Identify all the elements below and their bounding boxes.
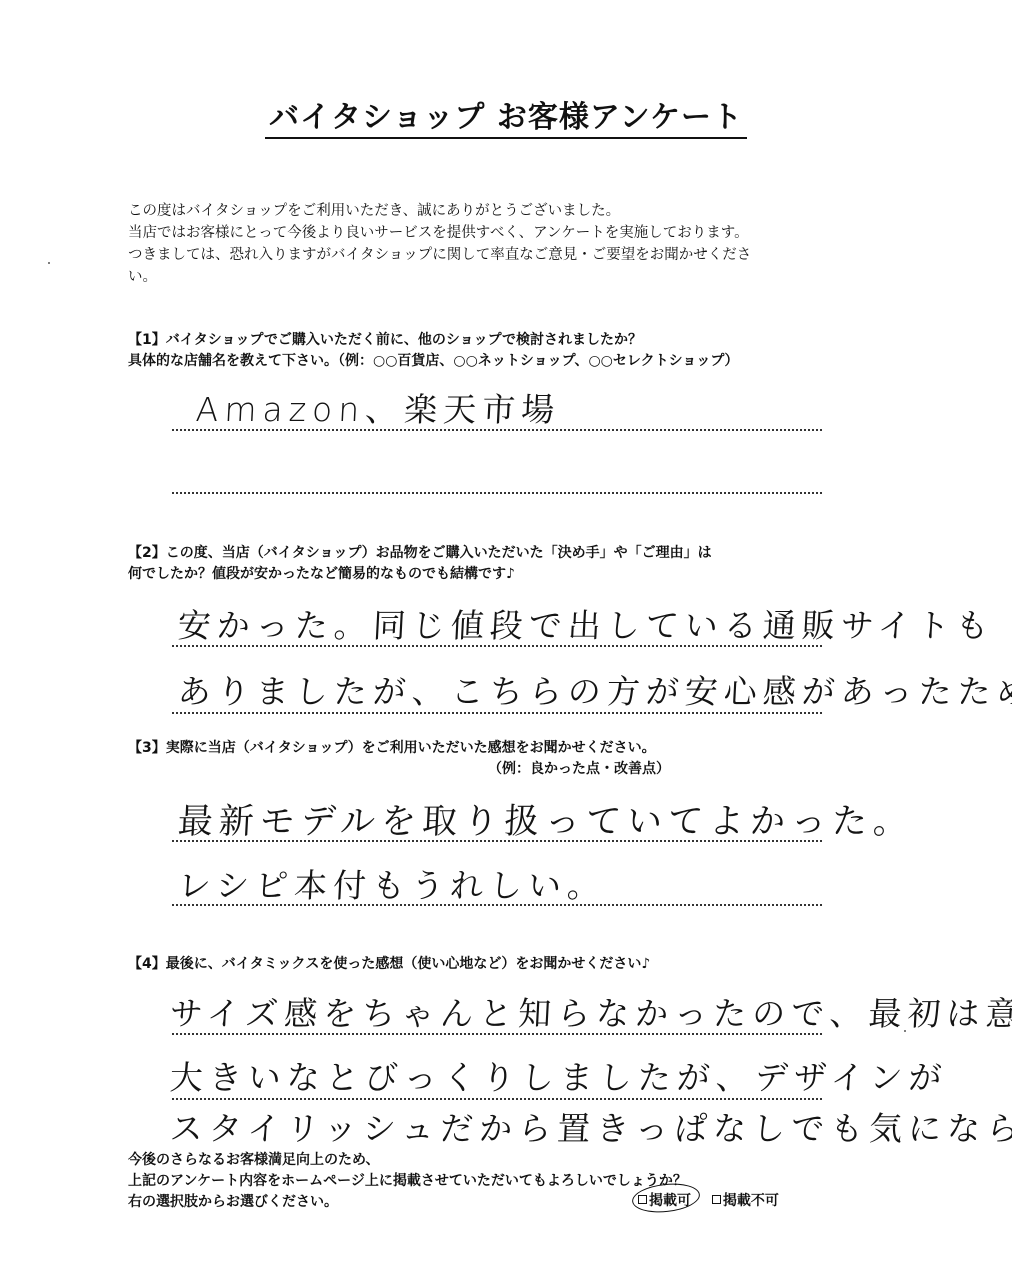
question-line: 具体的な店舗名を教えて下さい。（例：○○百貨店、○○ネットショップ、○○セレクト… [128, 351, 848, 372]
intro-text: この度はバイタショップをご利用いただき、誠にありがとうございました。 当店ではお… [128, 200, 848, 288]
scan-speck [904, 1030, 906, 1032]
question-2: 【2】この度、当店（バイタショップ）お品物をご購入いただいた「決め手」や「ご理由… [128, 543, 848, 585]
answer-line-divider [172, 712, 822, 714]
intro-line: つきましては、恐れ入りますがバイタショップに関して率直なご意見・ご要望をお聞かせ… [128, 244, 848, 266]
option-publish-not-allowed[interactable]: 掲載不可 [712, 1190, 779, 1210]
answer-2-line-2: ありましたが、こちらの方が安心感があったため。 [177, 666, 1012, 713]
question-line: 【4】最後に、バイタミックスを使った感想（使い心地など）をお聞かせください♪ [128, 954, 848, 975]
answer-line-divider [172, 429, 822, 431]
consent-options: 掲載可 掲載不可 [638, 1190, 795, 1210]
answer-line-divider [172, 1033, 822, 1035]
answer-3-line-2: レシピ本付もうれしい。 [177, 860, 608, 907]
answer-4-line-2: 大きいなとびっくりしましたが、デザインが [169, 1052, 949, 1099]
scan-speck [48, 262, 50, 264]
intro-line: 当店ではお客様にとって今後より良いサービスを提供すべく、アンケートを実施しており… [128, 222, 848, 244]
answer-1-line-1: Amazon、楽天市場 [195, 384, 562, 431]
question-line: 何でしたか？値段が安かったなど簡易的なものでも結構です♪ [128, 564, 848, 585]
footer-line: 上記のアンケート内容をホームページ上に掲載させていただいてもよろしいでしょうか？ [128, 1171, 828, 1192]
question-1: 【1】バイタショップでご購入いただく前に、他のショップで検討されましたか？ 具体… [128, 330, 848, 372]
option-publish-allowed[interactable]: 掲載可 [638, 1190, 691, 1210]
checkbox-icon[interactable] [638, 1195, 647, 1204]
question-line: 【2】この度、当店（バイタショップ）お品物をご購入いただいた「決め手」や「ご理由… [128, 543, 848, 564]
checkbox-icon[interactable] [712, 1195, 721, 1204]
answer-2-line-1: 安かった。同じ値段で出している通販サイトも [177, 600, 996, 647]
question-line: 【3】実際に当店（バイタショップ）をご利用いただいた感想をお聞かせください。 [128, 738, 848, 759]
survey-title-container: バイタショップ お客様アンケート [0, 92, 1012, 136]
survey-title: バイタショップ お客様アンケート [265, 100, 747, 139]
answer-line-divider [172, 645, 822, 647]
footer-line: 今後のさらなるお客様満足向上のため、 [128, 1150, 828, 1171]
answer-line-divider [172, 904, 822, 906]
intro-line: い。 [128, 266, 848, 288]
answer-3-line-1: 最新モデルを取り扱っていてよかった。 [177, 794, 916, 844]
answer-line-divider [172, 1098, 822, 1100]
option-label: 掲載不可 [723, 1193, 779, 1209]
question-4: 【4】最後に、バイタミックスを使った感想（使い心地など）をお聞かせください♪ [128, 954, 848, 975]
question-line: （例：良かった点・改善点） [128, 759, 848, 780]
answer-4-line-3: スタイリッシュだから置きっぱなしでも気にならない。 [169, 1103, 1012, 1150]
option-label: 掲載可 [649, 1193, 691, 1209]
question-3: 【3】実際に当店（バイタショップ）をご利用いただいた感想をお聞かせください。 （… [128, 738, 848, 780]
answer-line-divider [172, 492, 822, 494]
answer-4-line-1: サイズ感をちゃんと知らなかったので、最初は意外と [169, 988, 1012, 1035]
answer-line-divider [172, 840, 822, 842]
intro-line: この度はバイタショップをご利用いただき、誠にありがとうございました。 [128, 200, 848, 222]
question-line: 【1】バイタショップでご購入いただく前に、他のショップで検討されましたか？ [128, 330, 848, 351]
